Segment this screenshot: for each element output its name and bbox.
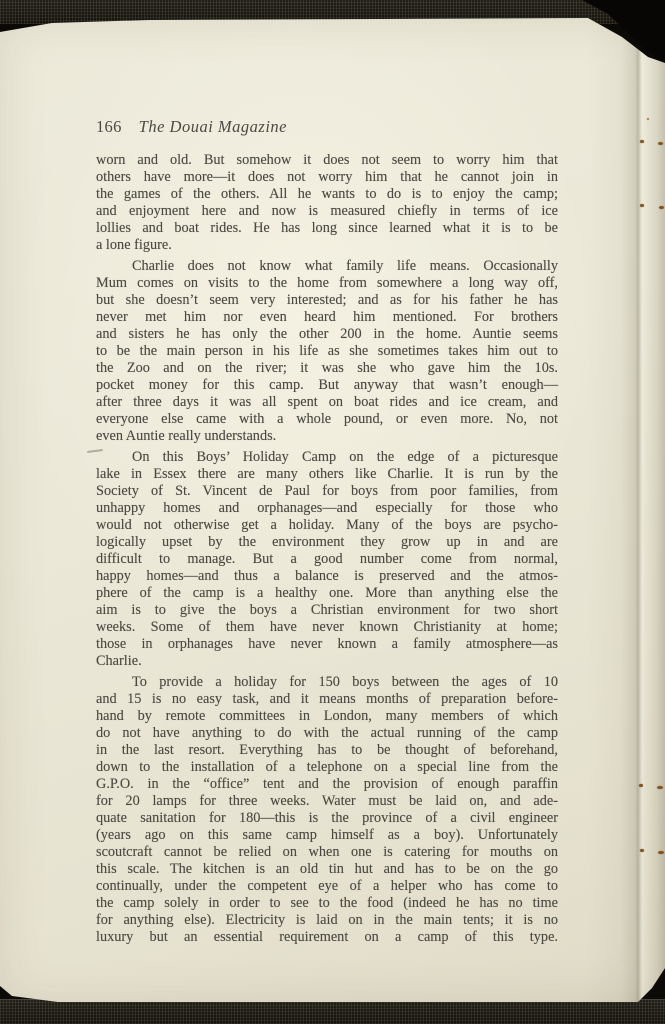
paragraph: On this Boys’ Holiday Camp on the edge o… [96,449,558,670]
text-line: difficult to manage. But a good number c… [96,551,558,568]
magazine-title: The Douai Magazine [139,117,287,137]
text-line: worn and old. But somehow it does not se… [96,152,558,169]
text-line: down to the installation of a telephone … [96,759,558,776]
text-line: the camp solely in order to see to the f… [96,895,558,912]
text-line: phere of the camp is a healthy one. More… [96,585,558,602]
text-line: quate sanitation for 180—this is the pro… [96,810,558,827]
text-line: lake in Essex there are many others like… [96,466,558,483]
text-line: to be the main person in his life as she… [96,343,558,360]
text-line: and sisters he has only the other 200 in… [96,326,558,343]
gutter-crease [587,18,665,1004]
stitch-speck [658,851,664,854]
text-line: unhappy homes and orphanages—and especia… [96,500,558,517]
stitch-speck [640,849,644,852]
text-line: the games of the others. All he wants to… [96,186,558,203]
text-line: aim is to give the boys a Christian envi… [96,602,558,619]
text-line: Charlie does not know what family life m… [96,258,558,275]
text-line: everyone else came with a whole pound, o… [96,411,558,428]
text-line: after three days it was all spent on boa… [96,394,558,411]
text-line: G.P.O. in the “office” tent and the prov… [96,776,558,793]
text-line: Society of St. Vincent de Paul for boys … [96,483,558,500]
text-line: others have more—it does not worry him t… [96,169,558,186]
text-line: a lone figure. [96,237,558,254]
text-line: hand by remote committees in London, man… [96,708,558,725]
stitch-speck [640,140,644,143]
book-cover-bottom-edge [0,999,665,1024]
book-photo-canvas: 166The Douai Magazine worn and old. But … [0,0,665,1024]
text-line: and 15 is no easy task, and it means mon… [96,691,558,708]
text-line: To provide a holiday for 150 boys betwee… [96,674,558,691]
text-line: would not otherwise get a holiday. Many … [96,517,558,534]
text-line: On this Boys’ Holiday Camp on the edge o… [96,449,558,466]
text-line: Mum comes on visits to the home from som… [96,275,558,292]
text-line: the Zoo and on the river; it was she who… [96,360,558,377]
stitch-speck [658,142,663,145]
text-line: in the last resort. Everything has to be… [96,742,558,759]
text-line: weeks. Some of them have never known Chr… [96,619,558,636]
text-line: do not have anything to do with the actu… [96,725,558,742]
paragraph: worn and old. But somehow it does not se… [96,152,558,254]
paragraph: Charlie does not know what family life m… [96,258,558,445]
text-line: Charlie. [96,653,558,670]
text-line: luxury but an essential requirement on a… [96,929,558,946]
text-line: for 20 lamps for three weeks. Water must… [96,793,558,810]
text-line: never met him nor even heard him mention… [96,309,558,326]
text-line: pocket money for this camp. But anyway t… [96,377,558,394]
stitch-speck [657,786,663,789]
text-line: happy homes—and thus a balance is preser… [96,568,558,585]
running-header: 166The Douai Magazine [96,117,558,137]
page-number: 166 [96,117,122,137]
text-block: worn and old. But somehow it does not se… [96,152,558,946]
fanned-page-edges [0,18,64,1004]
text-line: logically upset by the environment they … [96,534,558,551]
text-line: for anything else). Electricity is laid … [96,912,558,929]
stitch-speck [659,206,664,209]
text-line: even Auntie really understands. [96,428,558,445]
text-line: scoutcraft cannot be relied on when one … [96,844,558,861]
text-line: and enjoyment here and now is measured c… [96,203,558,220]
text-line: (years ago on this same camp himself as … [96,827,558,844]
text-line: continually, under the competent eye of … [96,878,558,895]
stitch-speck [640,204,644,207]
stitch-speck [647,118,649,120]
text-line: but she doesn’t seem very interested; an… [96,292,558,309]
text-line: those in orphanages have never known a f… [96,636,558,653]
text-line: this scale. The kitchen is an old tin hu… [96,861,558,878]
text-line: lollies and boat rides. He has long sinc… [96,220,558,237]
paragraph: To provide a holiday for 150 boys betwee… [96,674,558,946]
stitch-speck [639,784,643,787]
